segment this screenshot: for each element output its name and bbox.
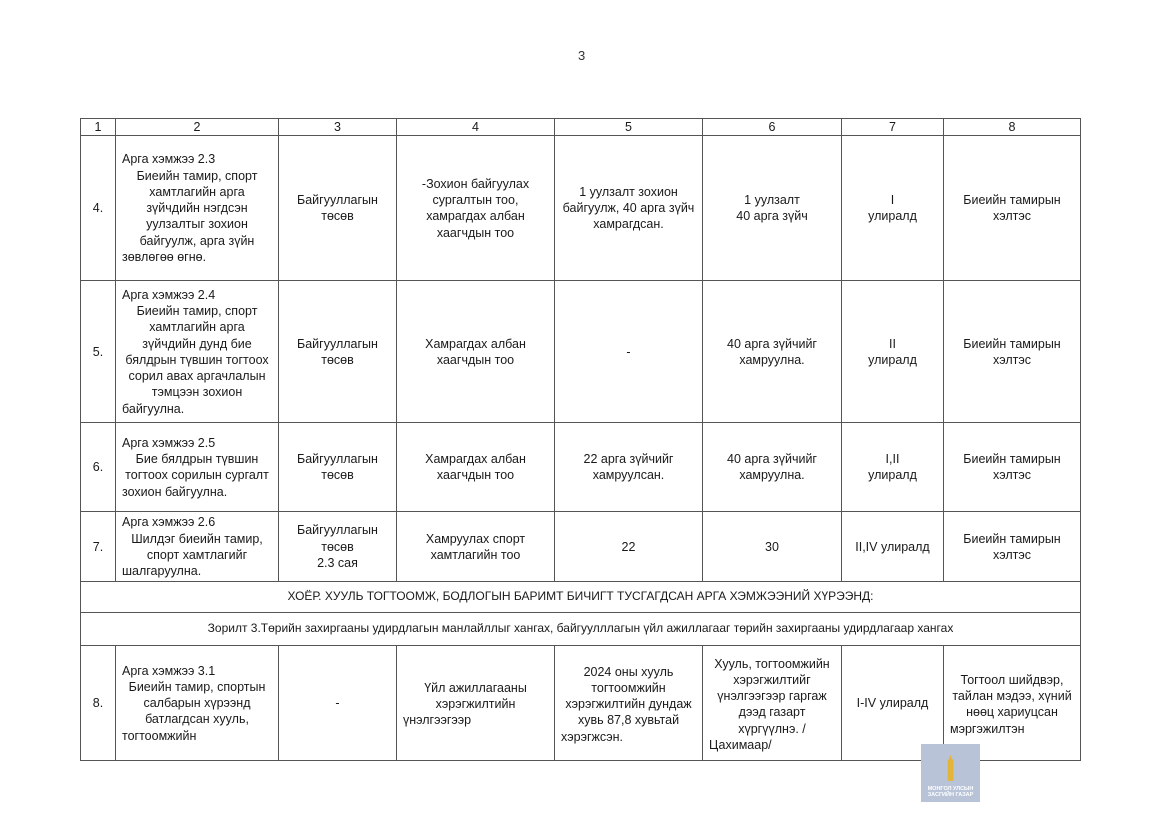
government-emblem: МОНГОЛ УЛСЫН ЗАСГИЙН ГАЗАР [921,744,980,802]
goal-heading-row: Зорилт 3.Төрийн захиргааны удирдлагын ма… [81,613,1081,646]
table-row: 7. Арга хэмжээ 2.6 Шилдэг биеийн тамир, … [81,512,1081,582]
indicator-cell: Үйл ажиллагааны хэрэгжилтийн үнэлгээгээр [397,646,555,761]
target-cell: 1 уулзалт 40 арга зүйч [703,136,842,281]
measure-title: Арга хэмжээ 2.5 [122,435,272,451]
emblem-caption-line: ЗАСГИЙН ГАЗАР [928,792,974,799]
measure-title: Арга хэмжээ 2.6 [122,514,272,530]
funding-amount: 2.3 сая [285,555,390,571]
target-line: 40 арга зүйч [709,208,835,224]
period-line: I [848,192,937,208]
period-cell: I улиралд [842,136,944,281]
baseline-cell: 1 уулзалт зохион байгуулж, 40 арга зүйч … [555,136,703,281]
column-number: 6 [703,119,842,136]
baseline-cell: 2024 оны хууль тогтоомжийн хэрэгжилтийн … [555,646,703,761]
measure-text: Шилдэг биеийн тамир, спорт хамтлагийг ша… [122,532,263,579]
target-cell: 30 [703,512,842,582]
baseline-cell: - [555,281,703,423]
measure-title: Арга хэмжээ 2.3 [122,151,272,167]
column-number: 3 [279,119,397,136]
action-plan-table: 1 2 3 4 5 6 7 8 4. Арга хэмжээ 2.3 Биеий… [80,118,1081,761]
emblem-caption: МОНГОЛ УЛСЫН ЗАСГИЙН ГАЗАР [928,786,974,799]
target-cell: Хууль, тогтоомжийн хэрэгжилтийг үнэлгээг… [703,646,842,761]
target-cell: 40 арга зүйчийг хамруулна. [703,423,842,512]
funding-cell: Байгууллагын төсөв [279,281,397,423]
responsible-cell: Биеийн тамирын хэлтэс [944,281,1081,423]
period-line: улиралд [848,467,937,483]
measure-text: Бие бялдрын түвшин тогтоох сорилын сурга… [122,452,269,499]
column-number: 5 [555,119,703,136]
table-row: 6. Арга хэмжээ 2.5 Бие бялдрын түвшин то… [81,423,1081,512]
period-line: улиралд [848,208,937,224]
indicator-cell: Хамруулах спорт хамтлагийн тоо [397,512,555,582]
page-number: 3 [578,48,585,63]
row-number: 4. [81,136,116,281]
funding-cell: Байгууллагын төсөв [279,423,397,512]
indicator-cell: Хамрагдах албан хаагчдын тоо [397,423,555,512]
measure-cell: Арга хэмжээ 2.5 Бие бялдрын түвшин тогто… [116,423,279,512]
period-cell: II,IV улиралд [842,512,944,582]
table-row: 5. Арга хэмжээ 2.4 Биеийн тамир, спорт х… [81,281,1081,423]
baseline-cell: 22 [555,512,703,582]
period-cell: II улиралд [842,281,944,423]
measure-cell: Арга хэмжээ 2.4 Биеийн тамир, спорт хамт… [116,281,279,423]
soyombo-icon [944,755,958,781]
indicator-cell: -Зохион байгуулах сургалтын тоо, хамрагд… [397,136,555,281]
measure-text: Биеийн тамир, спорт хамтлагийн арга зүйч… [122,169,257,264]
indicator-cell: Хамрагдах албан хаагчдын тоо [397,281,555,423]
funding-cell: Байгууллагын төсөв 2.3 сая [279,512,397,582]
measure-cell: Арга хэмжээ 2.6 Шилдэг биеийн тамир, спо… [116,512,279,582]
funding-cell: - [279,646,397,761]
measure-text: Биеийн тамир, спортын салбарын хүрээнд б… [122,680,265,743]
column-number: 4 [397,119,555,136]
column-number: 1 [81,119,116,136]
period-line: II [848,336,937,352]
funding-cell: Байгууллагын төсөв [279,136,397,281]
measure-title: Арга хэмжээ 2.4 [122,287,272,303]
funding-line: төсөв [285,539,390,555]
target-line: 1 уулзалт [709,192,835,208]
responsible-cell: Биеийн тамирын хэлтэс [944,512,1081,582]
period-line: I,II [848,451,937,467]
row-number: 8. [81,646,116,761]
measure-cell: Арга хэмжээ 2.3 Биеийн тамир, спорт хамт… [116,136,279,281]
responsible-cell: Биеийн тамирын хэлтэс [944,423,1081,512]
period-cell: I,II улиралд [842,423,944,512]
responsible-cell: Биеийн тамирын хэлтэс [944,136,1081,281]
goal-heading: Зорилт 3.Төрийн захиргааны удирдлагын ма… [81,613,1081,646]
column-number-row: 1 2 3 4 5 6 7 8 [81,119,1081,136]
measure-cell: Арга хэмжээ 3.1 Биеийн тамир, спортын са… [116,646,279,761]
row-number: 7. [81,512,116,582]
row-number: 6. [81,423,116,512]
measure-title: Арга хэмжээ 3.1 [122,663,272,679]
measure-text: Биеийн тамир, спорт хамтлагийн арга зүйч… [122,304,269,416]
baseline-cell: 22 арга зүйчийг хамруулсан. [555,423,703,512]
funding-line: Байгууллагын [285,522,390,538]
row-number: 5. [81,281,116,423]
section-heading: ХОЁР. ХУУЛЬ ТОГТООМЖ, БОДЛОГЫН БАРИМТ БИ… [81,582,1081,613]
table-row: 4. Арга хэмжээ 2.3 Биеийн тамир, спорт х… [81,136,1081,281]
target-cell: 40 арга зүйчийг хамруулна. [703,281,842,423]
section-heading-row: ХОЁР. ХУУЛЬ ТОГТООМЖ, БОДЛОГЫН БАРИМТ БИ… [81,582,1081,613]
column-number: 7 [842,119,944,136]
column-number: 8 [944,119,1081,136]
period-line: улиралд [848,352,937,368]
column-number: 2 [116,119,279,136]
